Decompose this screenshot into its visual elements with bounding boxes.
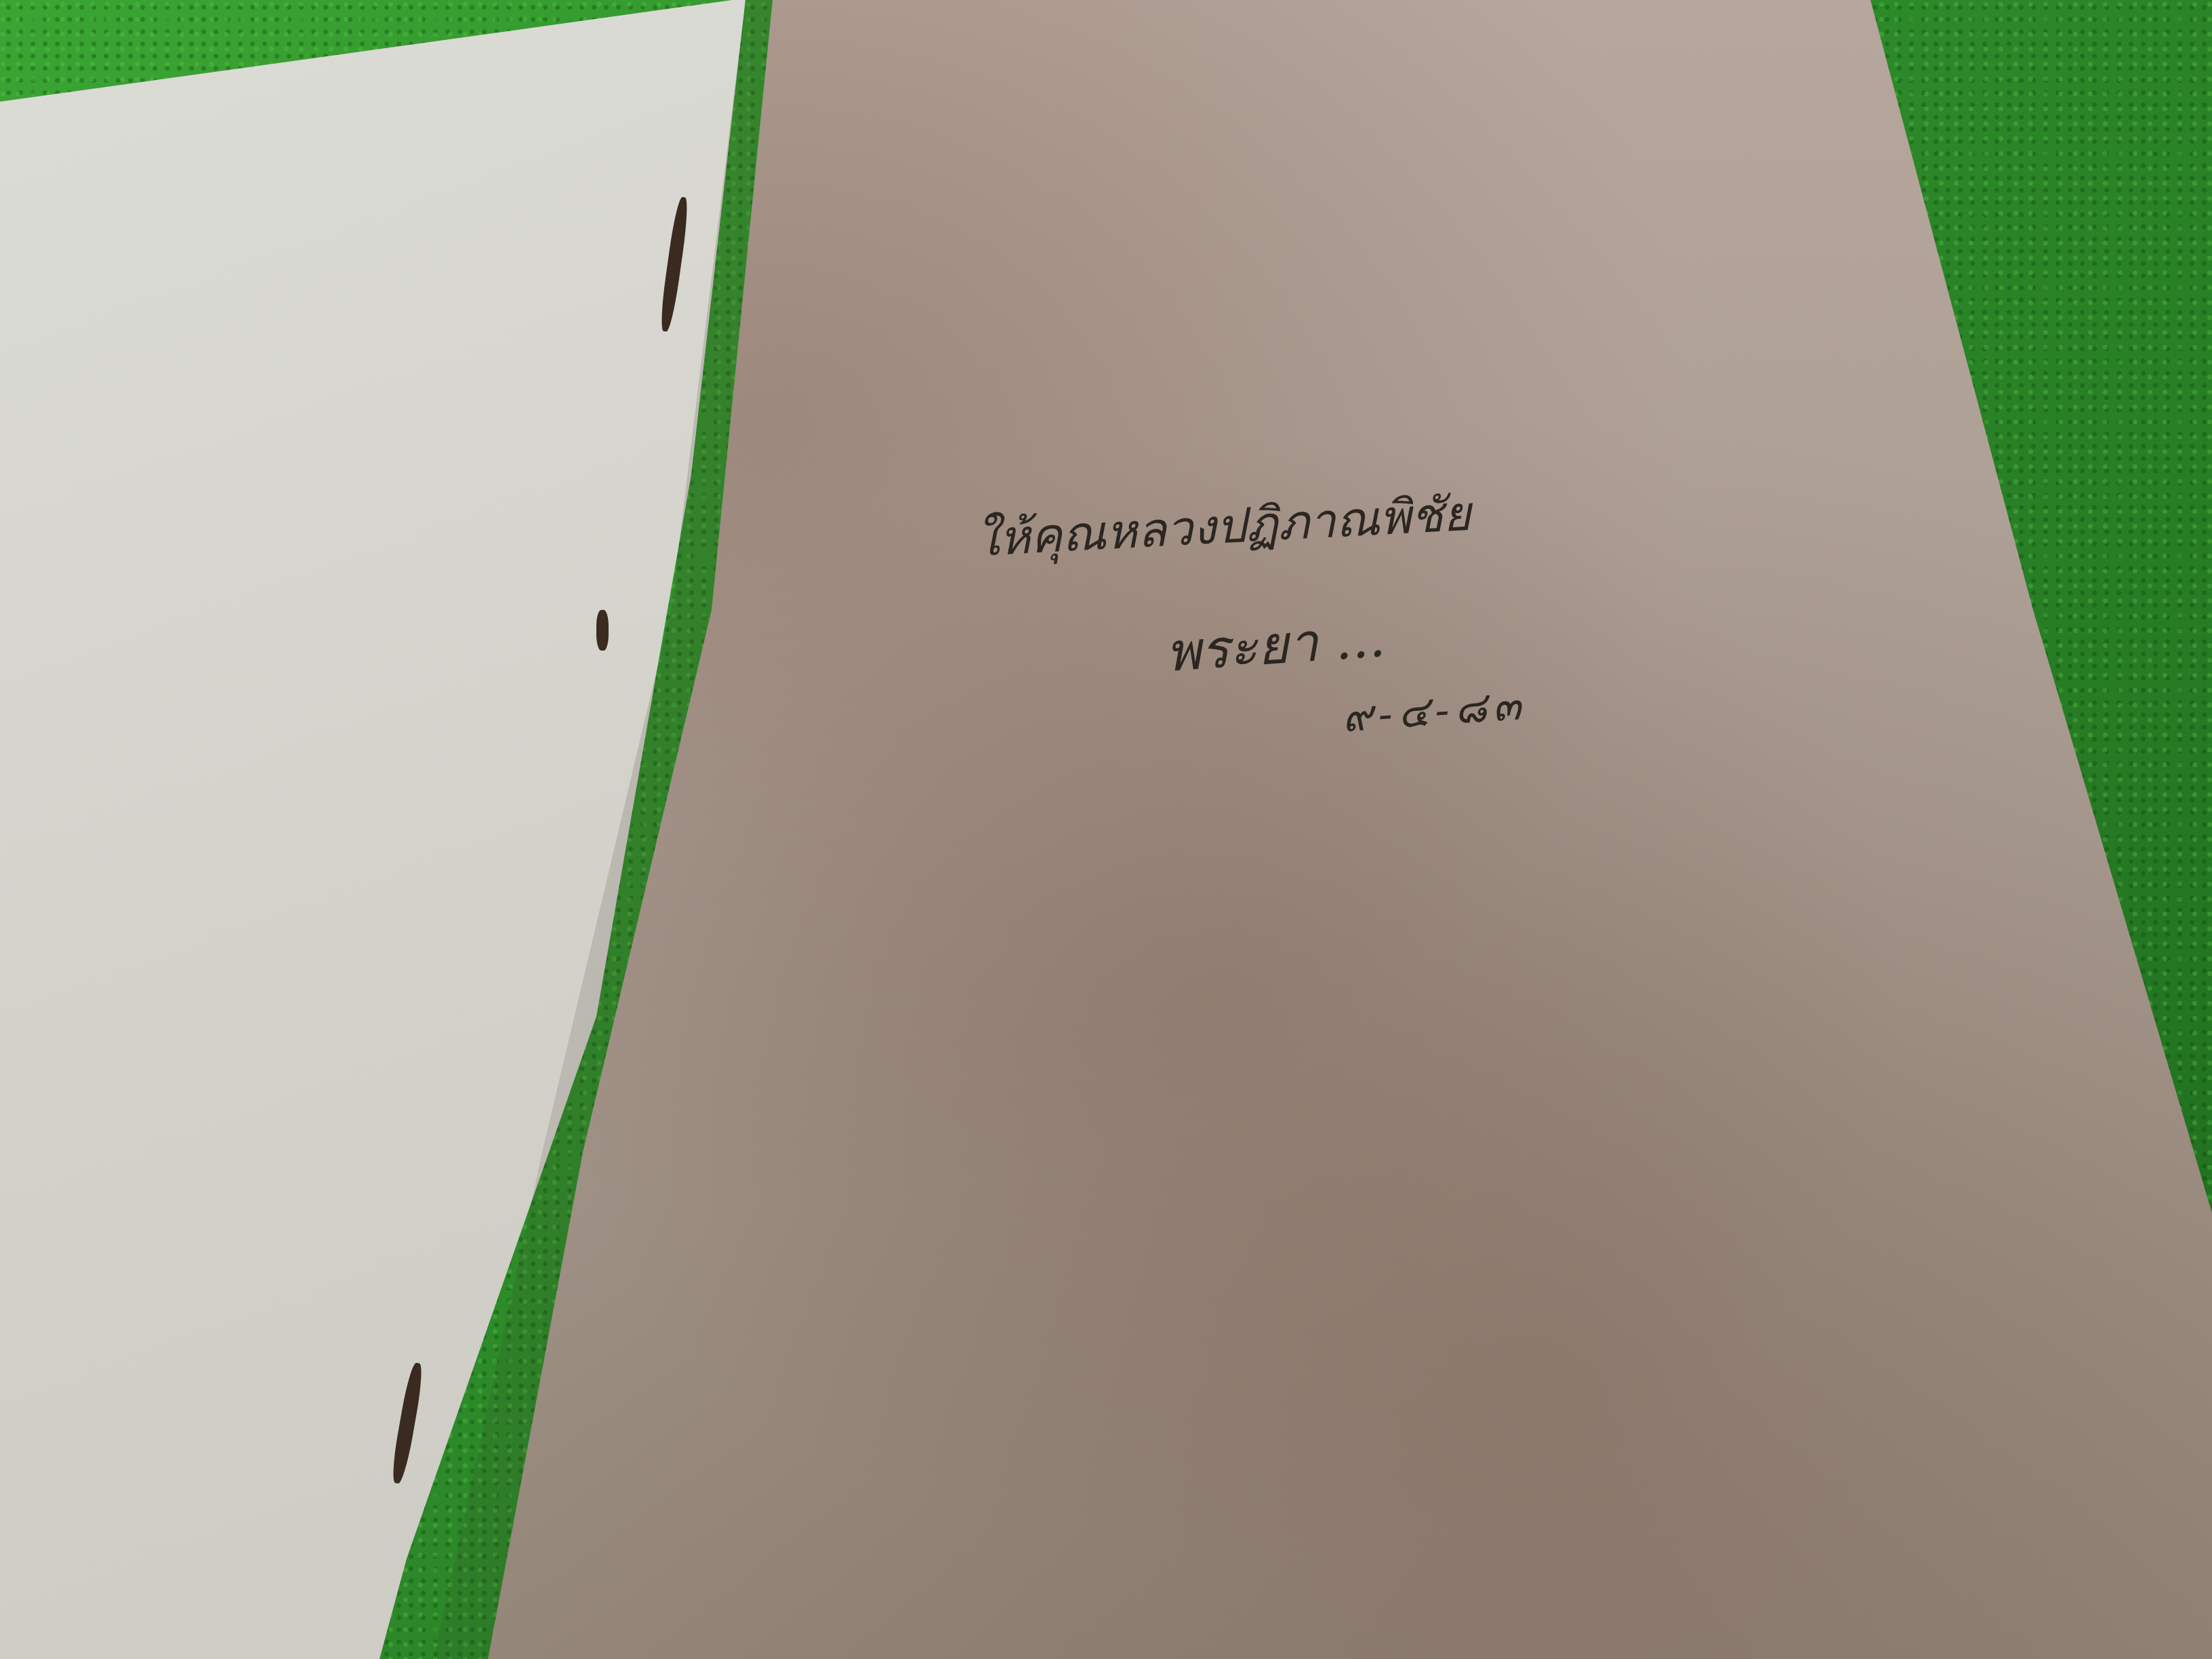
inscription-signature: พระยา ... <box>1163 596 1388 695</box>
inscription-date: ๙-๔-๘๓ <box>1340 672 1529 751</box>
spine-damage-mark <box>596 610 609 651</box>
inscription-dedication-line: ให้คุณหลวงปฏิภาณพิชัย <box>974 476 1473 577</box>
handwritten-inscription: ให้คุณหลวงปฏิภาณพิชัย พระยา ... ๙-๔-๘๓ <box>962 488 1708 745</box>
